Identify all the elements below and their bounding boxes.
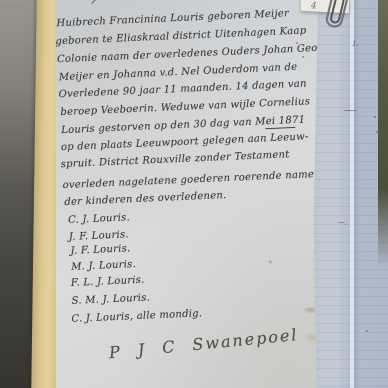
body-line: Huibrech Francinina Louris geboren Meije… xyxy=(56,8,289,29)
ledger-fold-line xyxy=(350,0,354,388)
child-name: S. M. J. Louris. xyxy=(71,292,150,306)
ink-speck xyxy=(374,116,376,118)
body-line: der kinderen des overledenen. xyxy=(64,190,227,208)
body-line: spruit. District Rouxville zonder Testam… xyxy=(60,149,289,170)
signature: P J C Swanepoel xyxy=(108,325,299,362)
child-name: J. F. Louris. xyxy=(69,229,129,243)
book-spine-strip xyxy=(378,0,388,268)
child-name: F. L. J. Louris. xyxy=(71,275,145,289)
body-line: overleden nagelatene goederen roerende n… xyxy=(62,169,321,191)
underline-1871 xyxy=(265,127,295,129)
handwriting-layer: overledenen. Huibrech Francinina Louris … xyxy=(47,0,326,388)
handwritten-death-notice: overledenen. Huibrech Francinina Louris … xyxy=(56,0,318,388)
child-name: J. F. Louris. xyxy=(70,243,130,257)
header-line-partial: overledenen. xyxy=(139,0,208,1)
margin-scribble: ⁓. xyxy=(338,219,345,227)
child-name: C. J. Louris. xyxy=(68,212,130,226)
ink-speck xyxy=(302,56,304,58)
margin-note: 1. xyxy=(352,40,359,48)
pen-flourish xyxy=(87,0,148,5)
archive-photo: 1. ⁓⁓ ⁓. overledenen. Huibrech Francinin… xyxy=(0,0,388,388)
child-name: C. J. Louris, alle mondig. xyxy=(71,308,202,325)
child-name: M. J. Louris. xyxy=(71,259,136,273)
body-line: Overledene 90 jaar 11 maanden. 14 dagen … xyxy=(58,78,307,100)
margin-scribble: ⁓⁓ xyxy=(344,107,356,115)
ink-speck xyxy=(296,42,298,44)
stain xyxy=(268,260,273,264)
ink-speck xyxy=(366,330,368,332)
ink-speck xyxy=(376,131,378,133)
